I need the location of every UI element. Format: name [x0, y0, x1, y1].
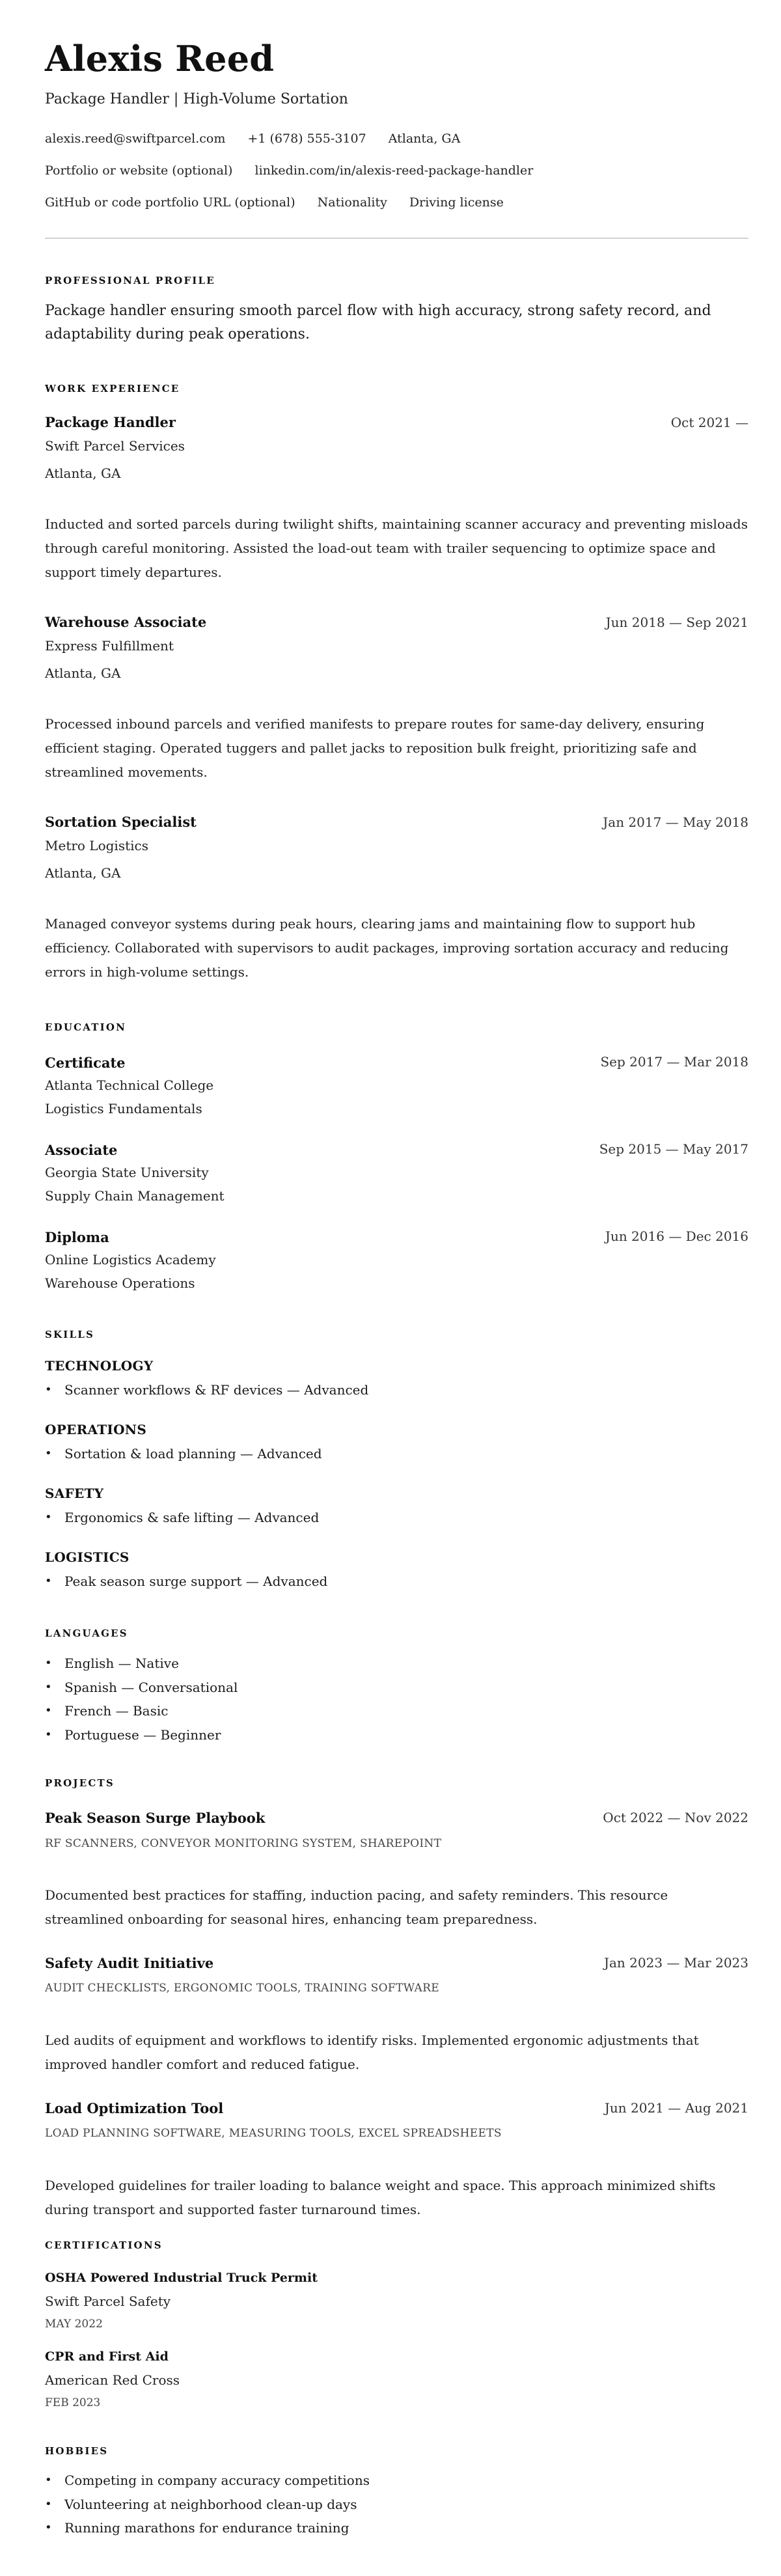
driving-license-text: Driving license — [409, 195, 504, 210]
education-dates: Jun 2016 — Dec 2016 — [605, 1228, 748, 1244]
education-school: Online Logistics Academy — [45, 1252, 216, 1267]
education-school: Atlanta Technical College — [45, 1077, 213, 1093]
section-heading-certifications: CERTIFICATIONS — [45, 2239, 163, 2251]
profile-summary: Package handler ensuring smooth parcel f… — [45, 299, 735, 346]
job-title: Warehouse Associate — [45, 614, 206, 630]
job-description: Inducted and sorted parcels during twili… — [45, 512, 748, 585]
job-dates: Oct 2021 — — [671, 415, 748, 430]
portfolio-link[interactable]: Portfolio or website (optional) — [45, 163, 232, 178]
job-location: Atlanta, GA — [45, 465, 120, 481]
skill-list: Ergonomics & safe lifting — Advanced — [45, 1506, 319, 1530]
project-title: Peak Season Surge Playbook — [45, 1810, 265, 1826]
skill-category: SAFETY — [45, 1486, 103, 1501]
job-location: Atlanta, GA — [45, 665, 120, 681]
project-description: Documented best practices for staffing, … — [45, 1883, 748, 1932]
job-dates: Jun 2018 — Sep 2021 — [606, 615, 748, 630]
job-location: Atlanta, GA — [45, 865, 120, 881]
project-tools: LOAD PLANNING SOFTWARE, MEASURING TOOLS,… — [45, 2127, 502, 2140]
hobby-item: Competing in company accuracy competitio… — [45, 2469, 370, 2493]
education-degree: Certificate — [45, 1055, 126, 1071]
project-description: Developed guidelines for trailer loading… — [45, 2174, 748, 2222]
job-company: Swift Parcel Services — [45, 438, 185, 454]
section-heading-experience: WORK EXPERIENCE — [45, 383, 180, 395]
candidate-headline: Package Handler | High-Volume Sortation — [45, 91, 348, 107]
contact-row-2: Portfolio or website (optional) linkedin… — [45, 163, 551, 178]
section-heading-hobbies: HOBBIES — [45, 2445, 108, 2457]
language-item: French — Basic — [45, 1699, 238, 1723]
contact-row-1: alexis.reed@swiftparcel.com +1 (678) 555… — [45, 132, 478, 146]
education-dates: Sep 2015 — May 2017 — [599, 1141, 748, 1157]
job-title: Sortation Specialist — [45, 814, 197, 830]
linkedin-link[interactable]: linkedin.com/in/alexis-reed-package-hand… — [255, 163, 534, 178]
job-company: Metro Logistics — [45, 838, 148, 853]
certification-date: MAY 2022 — [45, 2318, 103, 2331]
certification-title: CPR and First Aid — [45, 2349, 169, 2364]
job-company: Express Fulfillment — [45, 638, 174, 654]
section-heading-education: EDUCATION — [45, 1021, 126, 1033]
header-divider — [45, 238, 748, 239]
project-title: Safety Audit Initiative — [45, 1955, 213, 1971]
github-link[interactable]: GitHub or code portfolio URL (optional) — [45, 195, 295, 210]
education-field: Supply Chain Management — [45, 1188, 225, 1204]
language-list: English — Native Spanish — Conversationa… — [45, 1652, 238, 1747]
email-link[interactable]: alexis.reed@swiftparcel.com — [45, 132, 225, 146]
education-school: Georgia State University — [45, 1165, 209, 1180]
hobby-item: Volunteering at neighborhood clean-up da… — [45, 2493, 370, 2517]
certification-title: OSHA Powered Industrial Truck Permit — [45, 2271, 318, 2285]
education-field: Logistics Fundamentals — [45, 1101, 202, 1116]
job-title: Package Handler — [45, 414, 176, 430]
candidate-name: Alexis Reed — [45, 38, 274, 79]
project-dates: Oct 2022 — Nov 2022 — [603, 1810, 748, 1825]
project-tools: RF SCANNERS, CONVEYOR MONITORING SYSTEM,… — [45, 1837, 441, 1850]
project-tools: AUDIT CHECKLISTS, ERGONOMIC TOOLS, TRAIN… — [45, 1982, 439, 1995]
project-description: Led audits of equipment and workflows to… — [45, 2029, 748, 2077]
education-degree: Associate — [45, 1142, 117, 1158]
project-title: Load Optimization Tool — [45, 2100, 223, 2116]
skill-item: Scanner workflows & RF devices — Advance… — [45, 1378, 368, 1402]
section-heading-projects: PROJECTS — [45, 1777, 115, 1789]
section-heading-skills: SKILLS — [45, 1329, 94, 1340]
language-item: English — Native — [45, 1652, 238, 1676]
skill-item: Ergonomics & safe lifting — Advanced — [45, 1506, 319, 1530]
education-dates: Sep 2017 — Mar 2018 — [600, 1054, 748, 1070]
project-dates: Jun 2021 — Aug 2021 — [605, 2100, 748, 2116]
language-item: Portuguese — Beginner — [45, 1723, 238, 1747]
skill-category: OPERATIONS — [45, 1422, 146, 1437]
job-description: Managed conveyor systems during peak hou… — [45, 912, 748, 984]
language-item: Spanish — Conversational — [45, 1676, 238, 1700]
nationality-text: Nationality — [318, 195, 387, 210]
hobby-item: Running marathons for endurance training — [45, 2516, 370, 2540]
skill-list: Scanner workflows & RF devices — Advance… — [45, 1378, 368, 1402]
certification-issuer: American Red Cross — [45, 2372, 180, 2388]
skill-item: Peak season surge support — Advanced — [45, 1570, 327, 1594]
education-field: Warehouse Operations — [45, 1275, 195, 1291]
section-heading-languages: LANGUAGES — [45, 1627, 128, 1639]
phone-link[interactable]: +1 (678) 555-3107 — [247, 132, 366, 146]
section-heading-profile: PROFESSIONAL PROFILE — [45, 275, 215, 286]
contact-row-3: GitHub or code portfolio URL (optional) … — [45, 195, 522, 210]
project-dates: Jan 2023 — Mar 2023 — [604, 1955, 748, 1971]
certification-date: FEB 2023 — [45, 2396, 100, 2409]
job-description: Processed inbound parcels and verified m… — [45, 712, 748, 784]
location-text: Atlanta, GA — [389, 132, 461, 146]
certification-issuer: Swift Parcel Safety — [45, 2293, 171, 2309]
skill-list: Peak season surge support — Advanced — [45, 1570, 327, 1594]
education-degree: Diploma — [45, 1229, 109, 1245]
job-dates: Jan 2017 — May 2018 — [603, 814, 748, 830]
skill-category: TECHNOLOGY — [45, 1358, 154, 1374]
hobby-list: Competing in company accuracy competitio… — [45, 2469, 370, 2540]
skill-list: Sortation & load planning — Advanced — [45, 1442, 322, 1466]
skill-item: Sortation & load planning — Advanced — [45, 1442, 322, 1466]
skill-category: LOGISTICS — [45, 1549, 130, 1565]
